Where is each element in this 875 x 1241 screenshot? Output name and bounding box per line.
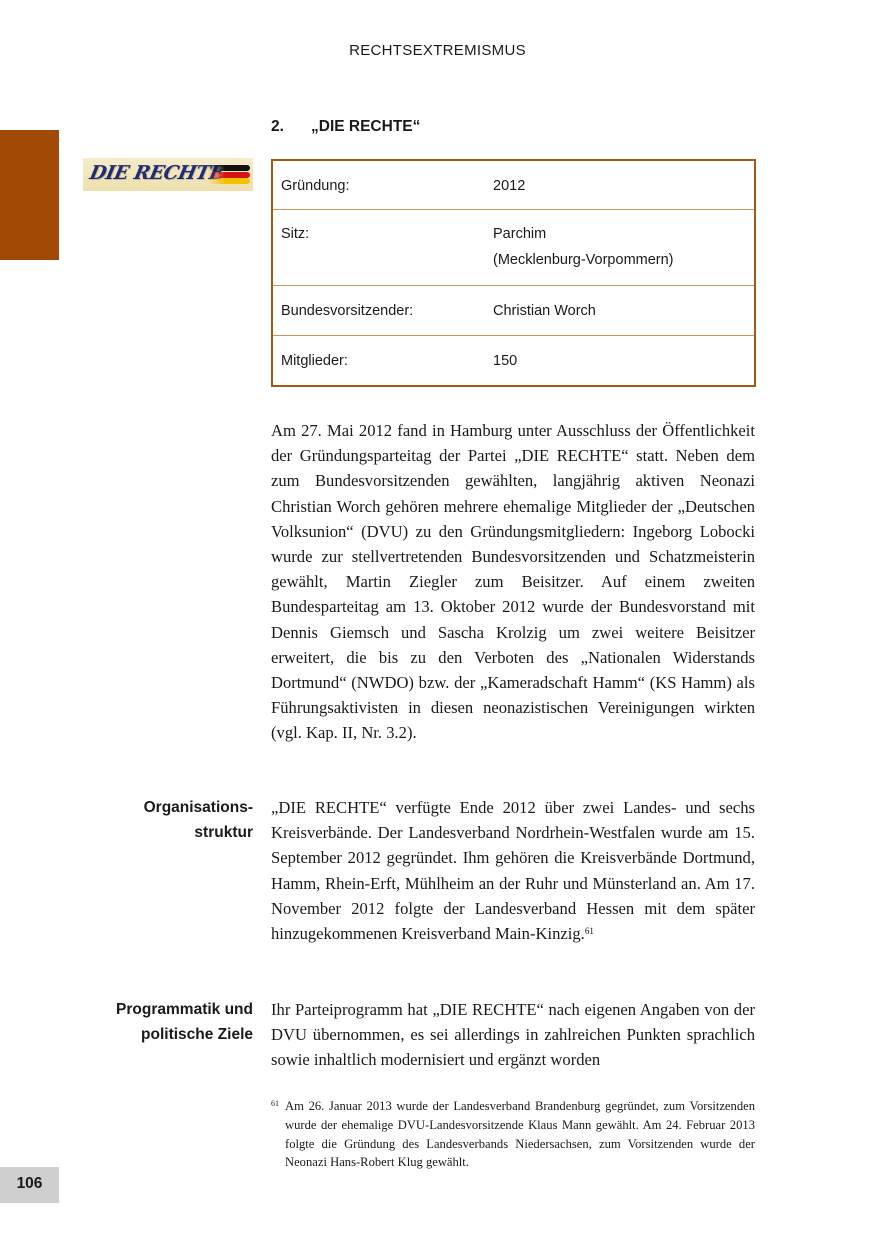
- row-label: Bundesvorsitzender:: [273, 298, 493, 335]
- chapter-side-tab: [0, 130, 59, 260]
- footnote: 61 Am 26. Januar 2013 wurde der Landesve…: [271, 1097, 755, 1172]
- fact-table: Gründung: 2012 Sitz: Parchim(Mecklenburg…: [271, 159, 756, 387]
- table-row: Gründung: 2012: [273, 161, 754, 210]
- table-row: Bundesvorsitzender: Christian Worch: [273, 286, 754, 336]
- section-heading: 2.„DIE RECHTE“: [271, 118, 420, 136]
- row-label: Sitz:: [273, 221, 493, 285]
- section-number: 2.: [271, 118, 311, 136]
- page-number: 106: [0, 1167, 59, 1203]
- margin-heading-organisation: Organisations- struktur: [144, 795, 253, 845]
- organisation-paragraph: „DIE RECHTE“ verfügte Ende 2012 über zwe…: [271, 795, 755, 946]
- row-value: Parchim(Mecklenburg-Vorpommern): [493, 221, 754, 285]
- table-row: Mitglieder: 150: [273, 336, 754, 385]
- german-flag-icon: [208, 165, 250, 184]
- footnote-text: Am 26. Januar 2013 wurde der Landesverba…: [285, 1097, 755, 1172]
- party-logo: DIE RECHTE: [83, 158, 253, 191]
- row-value: Christian Worch: [493, 298, 754, 335]
- row-label: Mitglieder:: [273, 348, 493, 385]
- row-label: Gründung:: [273, 173, 493, 209]
- footnote-mark: 61: [271, 1097, 285, 1172]
- row-value: 2012: [493, 173, 754, 209]
- section-title: „DIE RECHTE“: [311, 118, 420, 135]
- programmatik-paragraph: Ihr Parteiprogramm hat „DIE RECHTE“ nach…: [271, 997, 755, 1073]
- footnote-reference[interactable]: 61: [585, 926, 594, 936]
- row-value: 150: [493, 348, 754, 385]
- running-head: RECHTSEXTREMISMUS: [0, 42, 875, 59]
- intro-paragraph: Am 27. Mai 2012 fand in Hamburg unter Au…: [271, 418, 755, 746]
- logo-text: DIE RECHTE: [88, 162, 226, 184]
- margin-heading-programmatik: Programmatik und politische Ziele: [116, 997, 253, 1047]
- table-row: Sitz: Parchim(Mecklenburg-Vorpommern): [273, 210, 754, 286]
